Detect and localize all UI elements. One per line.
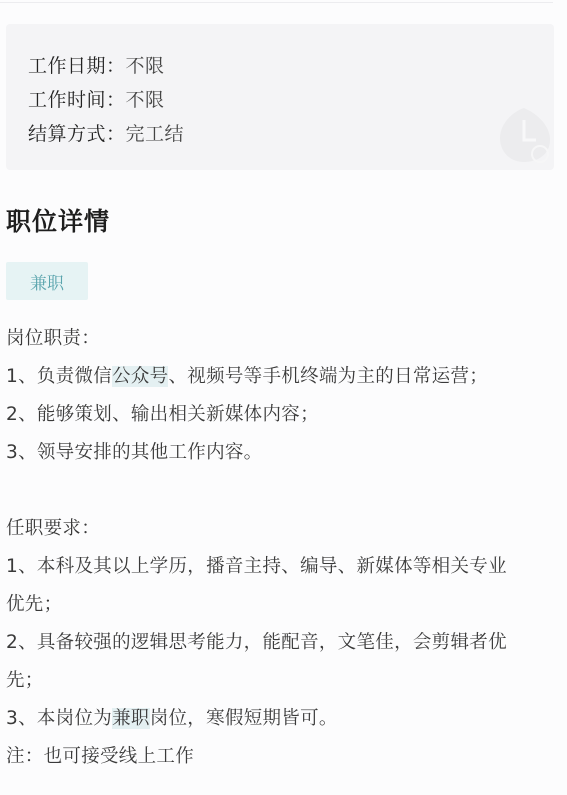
info-row-settlement: 结算方式：完工结 [28, 119, 184, 146]
section-title: 职位详情 [6, 202, 110, 238]
info-label: 工作时间： [28, 89, 126, 111]
text: 3、本岗位为 [6, 708, 112, 729]
info-value: 完工结 [126, 123, 185, 145]
requirement-item-1: 1、本科及其以上学历，播音主持、编导、新媒体等相关专业 [6, 552, 507, 578]
info-row-work-time: 工作时间：不限 [28, 85, 165, 112]
job-type-tag: 兼职 [6, 262, 88, 300]
info-value: 不限 [126, 89, 165, 111]
highlighted-keyword: 公众号 [112, 366, 168, 387]
info-value: 不限 [126, 55, 165, 77]
duty-item-1: 1、负责微信公众号、视频号等手机终端为主的日常运营； [6, 362, 488, 388]
requirement-item-2: 2、具备较强的逻辑思考能力，能配音，文笔佳，会剪辑者优 [6, 628, 507, 654]
requirement-item-2-cont: 先； [6, 666, 44, 692]
requirements-heading: 任职要求： [6, 514, 100, 540]
text: 岗位，寒假短期皆可。 [150, 708, 338, 729]
clock-watermark-icon [496, 104, 552, 164]
text: 、视频号等手机终端为主的日常运营； [168, 366, 488, 387]
duties-heading: 岗位职责： [6, 324, 100, 350]
text: 1、负责微信 [6, 366, 112, 387]
top-divider [0, 2, 553, 3]
duty-item-2: 2、能够策划、输出相关新媒体内容； [6, 400, 319, 426]
job-info-card: 工作日期：不限 工作时间：不限 结算方式：完工结 [6, 24, 554, 170]
info-label: 结算方式： [28, 123, 126, 145]
note: 注：也可接受线上工作 [6, 742, 194, 768]
requirement-item-1-cont: 优先； [6, 590, 62, 616]
requirement-item-3: 3、本岗位为兼职岗位，寒假短期皆可。 [6, 704, 338, 730]
info-label: 工作日期： [28, 55, 126, 77]
duty-item-3: 3、领导安排的其他工作内容。 [6, 438, 262, 464]
highlighted-keyword: 兼职 [112, 708, 150, 729]
info-row-work-date: 工作日期：不限 [28, 51, 165, 78]
